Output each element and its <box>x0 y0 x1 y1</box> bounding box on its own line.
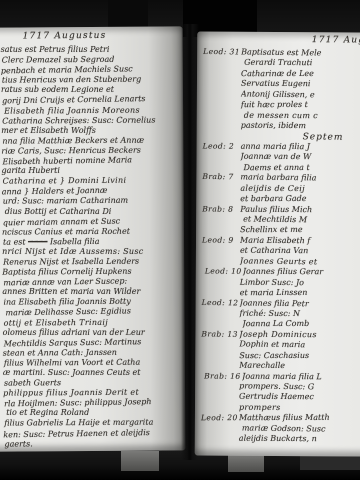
manuscript-line: nrici Nijst et Idæ Aussems: Susc <box>2 247 180 257</box>
entry-text: Septem <box>241 131 360 143</box>
entry-text: pastoris, ibidem <box>241 121 360 132</box>
left-page: 1717 Augustus satus est Petrus filius Pe… <box>0 26 185 451</box>
entry-text: Joanna La Comb <box>242 319 360 330</box>
manuscript-line: æ martini. Susc: Joannes Ceuts et <box>3 368 181 378</box>
margin-date-code <box>205 214 243 225</box>
entry-text: Joannes Geurts et <box>240 256 360 268</box>
margin-date-code <box>202 277 240 288</box>
right-page: 1717 Augu Leod: 31Baptisatus est MeleGer… <box>195 31 360 456</box>
margin-date-code <box>204 423 242 434</box>
margin-date-code: Brab: 7 <box>202 172 240 183</box>
margin-date-code <box>201 351 239 362</box>
left-page-entries: satus est Petrus filius PetriClerc Demaz… <box>1 44 182 449</box>
manuscript-line: satus est Petrus filius Petri <box>1 45 179 55</box>
entry-text: fuit hæc proles t <box>241 100 360 111</box>
margin-date-code <box>202 194 240 205</box>
entry-text: de messen cum c <box>244 110 360 121</box>
left-page-header: 1717 Augustus <box>1 30 179 45</box>
margin-date-code <box>202 183 240 194</box>
margin-date-code <box>203 100 241 111</box>
margin-date-code <box>203 130 241 141</box>
book-stand-far <box>300 455 360 470</box>
entry-text: Catharinæ de Lee <box>241 69 360 80</box>
manuscript-line: et barbara Gade <box>202 194 360 205</box>
entry-text: Schellinx et me <box>240 225 360 236</box>
entry-text: maria barbara filia <box>240 173 360 185</box>
entry-text: et maria Linssen <box>240 288 360 299</box>
entry-text: Susc: Caschasius <box>239 350 360 361</box>
margin-date-code <box>201 339 239 350</box>
margin-date-code <box>206 110 244 121</box>
entry-text: Joannes filius Gerar <box>243 267 360 278</box>
manuscript-line: Gerardi Trachuti <box>203 58 360 69</box>
entry-text: et Catharina Van <box>240 246 360 257</box>
entry-text: Baptisatus est Mele <box>241 47 360 59</box>
manuscript-line: Catharina Schreijses: Susc: Cornelius <box>1 115 179 126</box>
manuscript-line: Schellinx et me <box>202 225 360 236</box>
book-stand-left <box>121 451 159 471</box>
manuscript-line: Catharinæ de Lee <box>203 69 360 80</box>
manuscript-line: urd: Susc: mariam Catharinam <box>2 196 180 207</box>
entry-text: prompers. Susc: G <box>239 381 360 393</box>
manuscript-line: filius Wilhelmi van Voort et Catha <box>3 357 181 368</box>
manuscript-line: garita Huberti <box>2 166 180 176</box>
manuscript-line: ta est ━━━━ Isabella filia <box>2 236 180 247</box>
margin-date-code <box>201 381 239 392</box>
margin-date-code <box>203 79 241 90</box>
manuscript-line: ottij et Elisabeth Trinaij <box>3 317 181 328</box>
margin-date-code <box>202 152 240 163</box>
manuscript-line: Leod: 12Joannes filia Petr <box>202 297 360 310</box>
entry-text: aleijdis Buckarts, n <box>239 434 360 445</box>
manuscript-line: mariæ Godson: Susc <box>201 423 360 436</box>
entry-text: Servatius Eugeni <box>241 79 360 90</box>
margin-date-code <box>202 256 240 267</box>
manuscript-line: Joanna La Comb <box>201 319 360 330</box>
margin-date-code: Leod: 12 <box>202 297 240 308</box>
manuscript-line: tio et Regina Roland <box>3 408 181 418</box>
margin-date-code: Leod: 31 <box>203 47 241 58</box>
manuscript-line: Susc: Caschasius <box>201 350 360 361</box>
entry-text: Matthæus filius Matth <box>239 413 360 424</box>
manuscript-line: aleijdis Buckarts, n <box>201 434 360 445</box>
margin-date-code <box>201 361 239 372</box>
manuscript-line: Septem <box>203 130 360 143</box>
entry-text: mariæ Godson: Susc <box>242 423 360 435</box>
manuscript-line: Joannes Geurts et <box>202 256 360 269</box>
margin-date-code <box>204 320 242 331</box>
manuscript-line: et maria Linssen <box>202 288 360 299</box>
margin-date-code <box>201 392 239 403</box>
entry-text: Joannes filia Petr <box>240 298 360 310</box>
manuscript-line: annes Britten et maria van Wilder <box>2 287 180 297</box>
register-scan-frame: 1717 Augustus satus est Petrus filius Pe… <box>0 0 360 480</box>
margin-date-code <box>203 69 241 80</box>
margin-date-code <box>206 58 244 69</box>
manuscript-line: fuit hæc proles t <box>203 100 360 111</box>
right-page-entries: Leod: 31Baptisatus est MeleGerardi Trach… <box>201 48 360 446</box>
book-stand-right <box>228 454 264 472</box>
margin-date-code <box>202 226 240 237</box>
margin-date-code: Leod: 9 <box>202 235 240 246</box>
margin-date-code: Leod: 10 <box>205 267 243 278</box>
margin-date-code <box>202 246 240 257</box>
margin-date-code <box>203 121 241 132</box>
manuscript-line: Limbor Susc: Jo <box>202 277 360 288</box>
manuscript-line: prompers. Susc: G <box>201 381 360 394</box>
entry-text: Gerardi Trachuti <box>244 58 360 69</box>
manuscript-line: Joannæ van de W <box>202 152 360 163</box>
margin-date-code: Leod: 2 <box>203 141 241 152</box>
entry-text: Joannæ van de W <box>240 152 360 163</box>
margin-date-code <box>201 434 239 445</box>
margin-date-code <box>202 308 240 319</box>
manuscript-line: mer et Elisabeth Wolffs <box>1 126 179 136</box>
margin-date-code <box>201 402 239 413</box>
entry-text: et barbara Gade <box>240 194 360 205</box>
margin-date-code <box>203 89 241 100</box>
